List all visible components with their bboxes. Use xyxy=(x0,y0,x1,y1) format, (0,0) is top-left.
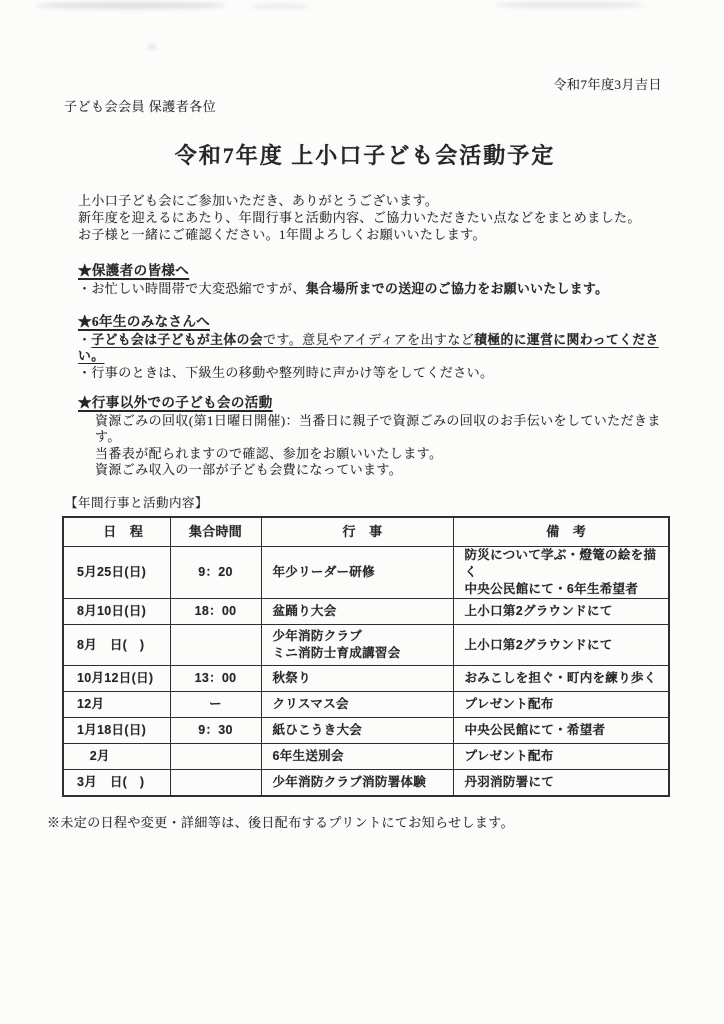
cell-date: 1月18日(日) xyxy=(63,718,170,744)
cell-date: 2月 xyxy=(63,744,170,770)
section-heading: ★保護者の皆様へ xyxy=(78,263,668,280)
section-other-activities: ★行事以外での子ども会の活動 資源ごみの回収(第1日曜日開催)：当番日に親子で資… xyxy=(78,395,668,479)
section-line: 当番表が配られますので確認、参加をお願いいたします。 xyxy=(95,446,668,463)
cell-note: おみこしを担ぐ・町内を練り歩く xyxy=(453,666,669,692)
table-row: 3月 日( )少年消防クラブ消防署体験丹羽消防署にて xyxy=(63,770,669,796)
cell-date: 3月 日( ) xyxy=(63,770,170,796)
cell-event: 6年生送別会 xyxy=(261,744,453,770)
header-event: 行 事 xyxy=(261,517,453,547)
header-date: 日 程 xyxy=(63,517,170,547)
section-sixth-graders: ★6年生のみなさんへ ・子ども会は子どもが主体の会です。意見やアイディアを出すな… xyxy=(78,314,668,381)
cell-event: 盆踊り大会 xyxy=(261,599,453,625)
table-row: 8月 日( )少年消防クラブ ミニ消防士育成講習会上小口第2グラウンドにて xyxy=(63,625,669,666)
document-content: 令和7年度3月吉日 子ども会会員 保護者各位 令和7年度 上小口子ども会活動予定… xyxy=(62,0,668,831)
table-row: 10月12日(日)13：00秋祭りおみこしを担ぐ・町内を練り歩く xyxy=(63,666,669,692)
section-line: 資源ごみの回収(第1日曜日開催)：当番日に親子で資源ごみの回収のお手伝いをしてい… xyxy=(95,413,668,446)
cell-event: 年少リーダー研修 xyxy=(261,547,453,599)
section-heading: ★6年生のみなさんへ xyxy=(78,314,668,331)
cell-event: 少年消防クラブ ミニ消防士育成講習会 xyxy=(261,625,453,666)
table-row: 12月ークリスマス会プレゼント配布 xyxy=(63,692,669,718)
footnote: ※未定の日程や変更・詳細等は、後日配布するプリントにてお知らせします。 xyxy=(47,812,668,831)
section-line: 資源ごみ収入の一部が子ども会費になっています。 xyxy=(95,462,668,479)
section-parents: ★保護者の皆様へ ・お忙しい時間帯で大変恐縮ですが、集合場所までの送迎のご協力を… xyxy=(78,263,668,297)
cell-note: プレゼント配布 xyxy=(453,692,669,718)
cell-note: 上小口第2グラウンドにて xyxy=(453,625,669,666)
intro-line: 新年度を迎えるにあたり、年間行事と活動内容、ご協力いただきたい点などをまとめまし… xyxy=(78,209,668,226)
cell-date: 8月 日( ) xyxy=(63,625,170,666)
header-time: 集合時間 xyxy=(170,517,261,547)
cell-note: 防災について学ぶ・燈篭の絵を描く 中央公民館にて・6年生希望者 xyxy=(453,547,669,599)
schedule-caption: 【年間行事と活動内容】 xyxy=(65,493,668,511)
cell-note: 丹羽消防署にて xyxy=(453,770,669,796)
cell-event: 秋祭り xyxy=(261,666,453,692)
cell-time: 18：00 xyxy=(170,599,261,625)
intro-line: お子様と一緒にご確認ください。1年間よろしくお願いいたします。 xyxy=(78,226,668,243)
cell-time: 9：30 xyxy=(170,718,261,744)
header-note: 備 考 xyxy=(453,517,669,547)
table-row: 5月25日(日)9：20年少リーダー研修防災について学ぶ・燈篭の絵を描く 中央公… xyxy=(63,547,669,599)
table-header-row: 日 程 集合時間 行 事 備 考 xyxy=(63,517,669,547)
cell-event: 紙ひこうき大会 xyxy=(261,718,453,744)
cell-time xyxy=(170,770,261,796)
scanned-document-page: 令和7年度3月吉日 子ども会会員 保護者各位 令和7年度 上小口子ども会活動予定… xyxy=(0,0,724,1024)
table-row: 2月6年生送別会プレゼント配布 xyxy=(63,744,669,770)
document-date: 令和7年度3月吉日 xyxy=(62,74,668,93)
section-bullet: ・行事のときは、下級生の移動や整列時に声かけ等をしてください。 xyxy=(78,365,668,382)
cell-note: プレゼント配布 xyxy=(453,744,669,770)
cell-time: 13：00 xyxy=(170,666,261,692)
table-row: 1月18日(日)9：30紙ひこうき大会中央公民館にて・希望者 xyxy=(63,718,669,744)
table-row: 8月10日(日)18：00盆踊り大会上小口第2グラウンドにて xyxy=(63,599,669,625)
schedule-table: 日 程 集合時間 行 事 備 考 5月25日(日)9：20年少リーダー研修防災に… xyxy=(62,516,670,797)
cell-date: 5月25日(日) xyxy=(63,547,170,599)
cell-event: クリスマス会 xyxy=(261,692,453,718)
cell-time xyxy=(170,625,261,666)
addressee-line: 子ども会会員 保護者各位 xyxy=(62,96,668,115)
cell-note: 中央公民館にて・希望者 xyxy=(453,718,669,744)
section-bullet: ・子ども会は子どもが主体の会です。意見やアイディアを出すなど積極的に運営に関わっ… xyxy=(78,332,668,365)
cell-time xyxy=(170,744,261,770)
cell-date: 10月12日(日) xyxy=(63,666,170,692)
section-bullet: ・お忙しい時間帯で大変恐縮ですが、集合場所までの送迎のご協力をお願いいたします。 xyxy=(78,281,668,298)
cell-time: 9：20 xyxy=(170,547,261,599)
page-title: 令和7年度 上小口子ども会活動予定 xyxy=(62,139,668,170)
cell-date: 12月 xyxy=(63,692,170,718)
intro-paragraph: 上小口子ども会にご参加いただき、ありがとうございます。 新年度を迎えるにあたり、… xyxy=(78,192,668,243)
cell-time: ー xyxy=(170,692,261,718)
cell-date: 8月10日(日) xyxy=(63,599,170,625)
intro-line: 上小口子ども会にご参加いただき、ありがとうございます。 xyxy=(78,192,668,209)
schedule-body: 5月25日(日)9：20年少リーダー研修防災について学ぶ・燈篭の絵を描く 中央公… xyxy=(63,547,669,796)
cell-event: 少年消防クラブ消防署体験 xyxy=(261,770,453,796)
cell-note: 上小口第2グラウンドにて xyxy=(453,599,669,625)
section-heading: ★行事以外での子ども会の活動 xyxy=(78,395,668,412)
